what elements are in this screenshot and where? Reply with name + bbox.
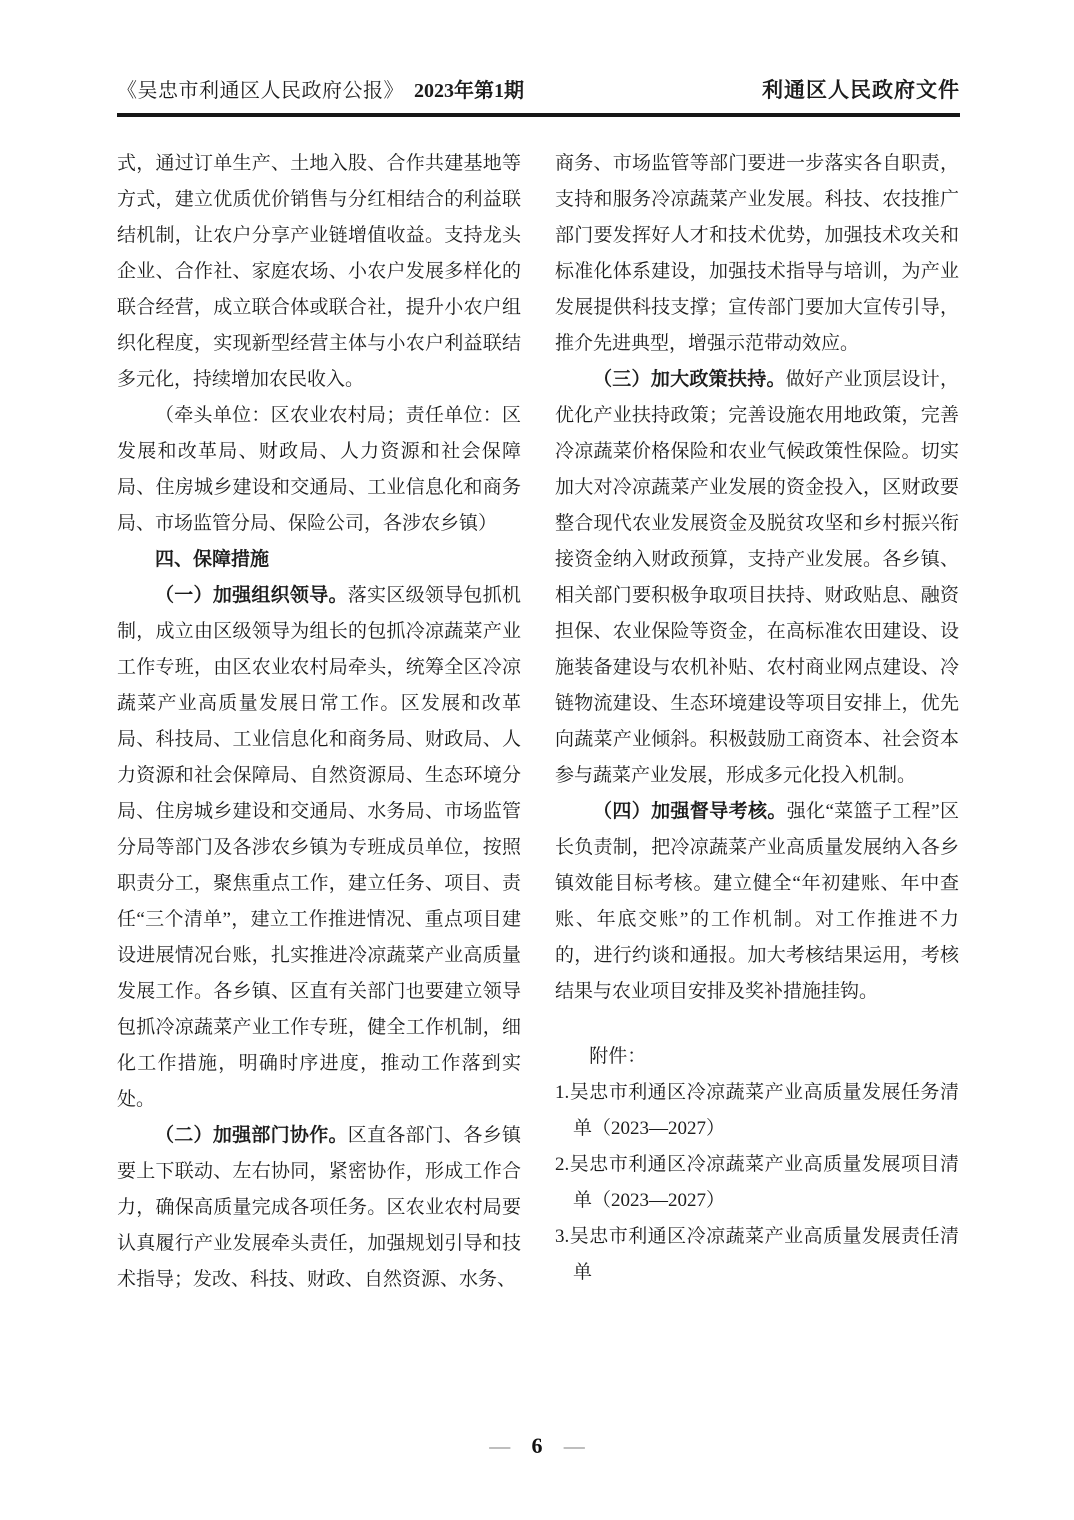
attachment-item: 1.吴忠市利通区冷凉蔬菜产业高质量发展任务清单（2023—2027） [555, 1075, 959, 1147]
paragraph: 商务、市场监管等部门要进一步落实各自职责，支持和服务冷凉蔬菜产业发展。科技、农技… [555, 146, 959, 362]
attachments-block: 附件：1.吴忠市利通区冷凉蔬菜产业高质量发展任务清单（2023—2027）2.吴… [555, 1039, 959, 1291]
doc-type-label: 利通区人民政府文件 [762, 74, 960, 104]
gazette-page: 《吴忠市利通区人民政府公报》 2023年第1期 利通区人民政府文件 式，通过订单… [0, 0, 1074, 1520]
paragraph-lead-bold: （四）加强督导考核。 [593, 801, 787, 822]
paragraph: （牵头单位：区农业农村局；责任单位：区发展和改革局、财政局、人力资源和社会保障局… [117, 398, 521, 542]
header-row: 《吴忠市利通区人民政府公报》 2023年第1期 利通区人民政府文件 [117, 74, 960, 104]
page-header: 《吴忠市利通区人民政府公报》 2023年第1期 利通区人民政府文件 [117, 74, 960, 117]
attachment-item: 3.吴忠市利通区冷凉蔬菜产业高质量发展责任清单 [555, 1219, 959, 1291]
paragraph: （二）加强部门协作。区直各部门、各乡镇要上下联动、左右协同，紧密协作，形成工作合… [117, 1118, 521, 1298]
paragraph: （三）加大政策扶持。做好产业顶层设计，优化产业扶持政策；完善设施农用地政策，完善… [555, 362, 959, 794]
paragraph: （一）加强组织领导。落实区级领导包抓机制，成立由区级领导为组长的包抓冷凉蔬菜产业… [117, 578, 521, 1118]
issue-label: 2023年第1期 [414, 74, 524, 103]
left-column: 式，通过订单生产、土地入股、合作共建基地等方式，建立优质优价销售与分红相结合的利… [117, 146, 521, 1298]
paragraph-text: 做好产业顶层设计，优化产业扶持政策；完善设施农用地政策，完善冷凉蔬菜价格保险和农… [555, 369, 959, 786]
footer-dash-left: — [489, 1434, 510, 1458]
header-rule [117, 113, 960, 117]
paragraph-lead-bold: （二）加强部门协作。 [155, 1125, 348, 1146]
paragraph-text: 式，通过订单生产、土地入股、合作共建基地等方式，建立优质优价销售与分红相结合的利… [117, 153, 521, 390]
attachments-label: 附件： [555, 1039, 959, 1075]
paragraph-text: 强化“菜篮子工程”区长负责制，把冷凉蔬菜产业高质量发展纳入各乡镇效能目标考核。建… [555, 801, 959, 1002]
page-number: 6 [532, 1432, 543, 1460]
paragraph-text: 区直各部门、各乡镇要上下联动、左右协同，紧密协作，形成工作合力，确保高质量完成各… [117, 1125, 521, 1290]
section-heading: 四、保障措施 [117, 542, 521, 578]
paragraph-text: （牵头单位：区农业农村局；责任单位：区发展和改革局、财政局、人力资源和社会保障局… [117, 405, 521, 534]
page-footer: — 6 — [0, 1432, 1074, 1460]
footer-dash-right: — [564, 1434, 585, 1458]
attachment-item: 2.吴忠市利通区冷凉蔬菜产业高质量发展项目清单（2023—2027） [555, 1147, 959, 1219]
paragraph-text: 落实区级领导包抓机制，成立由区级领导为组长的包抓冷凉蔬菜产业工作专班，由区农业农… [117, 585, 521, 1110]
paragraph: 式，通过订单生产、土地入股、合作共建基地等方式，建立优质优价销售与分红相结合的利… [117, 146, 521, 398]
paragraph-lead-bold: 四、保障措施 [155, 549, 269, 570]
gazette-title: 《吴忠市利通区人民政府公报》 [117, 74, 404, 103]
right-column: 商务、市场监管等部门要进一步落实各自职责，支持和服务冷凉蔬菜产业发展。科技、农技… [555, 146, 959, 1298]
paragraph-text: 商务、市场监管等部门要进一步落实各自职责，支持和服务冷凉蔬菜产业发展。科技、农技… [555, 153, 959, 354]
paragraph-lead-bold: （一）加强组织领导。 [155, 585, 348, 606]
paragraph-lead-bold: （三）加大政策扶持。 [593, 369, 786, 390]
paragraph: （四）加强督导考核。强化“菜篮子工程”区长负责制，把冷凉蔬菜产业高质量发展纳入各… [555, 794, 959, 1010]
document-body: 式，通过订单生产、土地入股、合作共建基地等方式，建立优质优价销售与分红相结合的利… [117, 146, 959, 1298]
